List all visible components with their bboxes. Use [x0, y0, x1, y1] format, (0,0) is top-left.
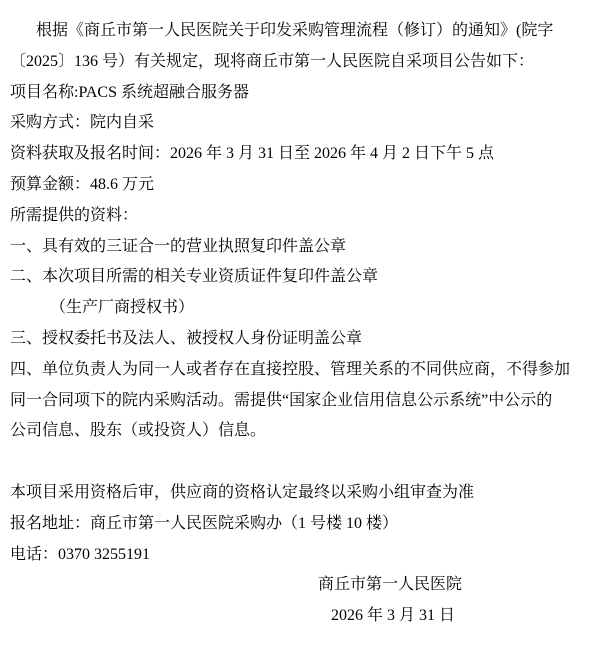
line-item-4-1: 四、单位负责人为同一人或者存在直接控股、管理关系的不同供应商，不得参加 [10, 355, 590, 386]
line-materials-header: 所需提供的资料： [10, 201, 590, 232]
line-item-3: 三、授权委托书及法人、被授权人身份证明盖公章 [10, 324, 590, 355]
line-item-4-3: 公司信息、股东（或投资人）信息。 [10, 416, 590, 447]
line-review-note: 本项目采用资格后审，供应商的资格认定最终以采购小组审查为准 [10, 478, 590, 509]
line-blank [10, 447, 590, 478]
line-project-name: 项目名称:PACS 系统超融合服务器 [10, 78, 590, 109]
line-address: 报名地址：商丘市第一人民医院采购办（1 号楼 10 楼） [10, 509, 590, 540]
line-item-2: 二、本次项目所需的相关专业资质证件复印件盖公章 [10, 262, 590, 293]
line-procurement-method: 采购方式：院内自采 [10, 108, 590, 139]
line-item-1: 一、具有效的三证合一的营业执照复印件盖公章 [10, 232, 590, 263]
line-item-2-sub: （生产厂商授权书） [10, 293, 590, 324]
line-intro-2: 〔2025〕136 号）有关规定，现将商丘市第一人民医院自采项目公告如下： [10, 47, 590, 78]
line-registration-time: 资料获取及报名时间：2026 年 3 月 31 日至 2026 年 4 月 2 … [10, 139, 590, 170]
line-budget: 预算金额：48.6 万元 [10, 170, 590, 201]
line-date: 2026 年 3 月 31 日 [10, 601, 590, 632]
line-item-4-2: 同一合同项下的院内采购活动。需提供“国家企业信用信息公示系统”中公示的 [10, 386, 590, 417]
line-signature: 商丘市第一人民医院 [10, 570, 590, 601]
document-page: 根据《商丘市第一人民医院关于印发采购管理流程（修订）的通知》(院字 〔2025〕… [0, 0, 602, 661]
line-phone: 电话：0370 3255191 [10, 540, 590, 571]
line-intro-1: 根据《商丘市第一人民医院关于印发采购管理流程（修订）的通知》(院字 [10, 16, 590, 47]
